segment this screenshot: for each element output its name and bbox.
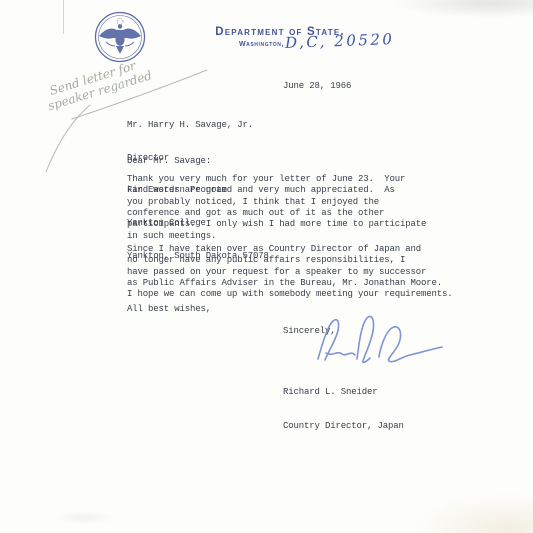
signature-block: Richard L. Sneider Country Director, Jap… (283, 364, 404, 455)
letter-date: June 28, 1966 (283, 81, 351, 91)
body-paragraph-2: Since I have taken over as Country Direc… (127, 244, 453, 301)
body-paragraph-1: Thank you very much for your letter of J… (127, 174, 426, 242)
signer-title: Country Director, Japan (283, 421, 404, 432)
recipient-name: Mr. Harry H. Savage, Jr. (127, 120, 269, 131)
scanned-letter-page: Department of State. Washington, D,C, 20… (0, 0, 533, 533)
signer-name: Richard L. Sneider (283, 387, 404, 398)
letterhead-handwritten-zip: D,C, 20520 (285, 30, 395, 52)
letterhead-city: Washington, (204, 41, 284, 48)
scan-smudge-top-right (393, 0, 533, 18)
best-wishes-line: All best wishes, (127, 304, 211, 314)
paper-edge-line (63, 0, 64, 34)
scan-smudge-bottom-left (55, 511, 115, 525)
salutation: Dear Mr. Savage: (127, 156, 211, 166)
scan-smudge-bottom-right (413, 493, 533, 533)
complimentary-close: Sincerely, (283, 326, 336, 336)
